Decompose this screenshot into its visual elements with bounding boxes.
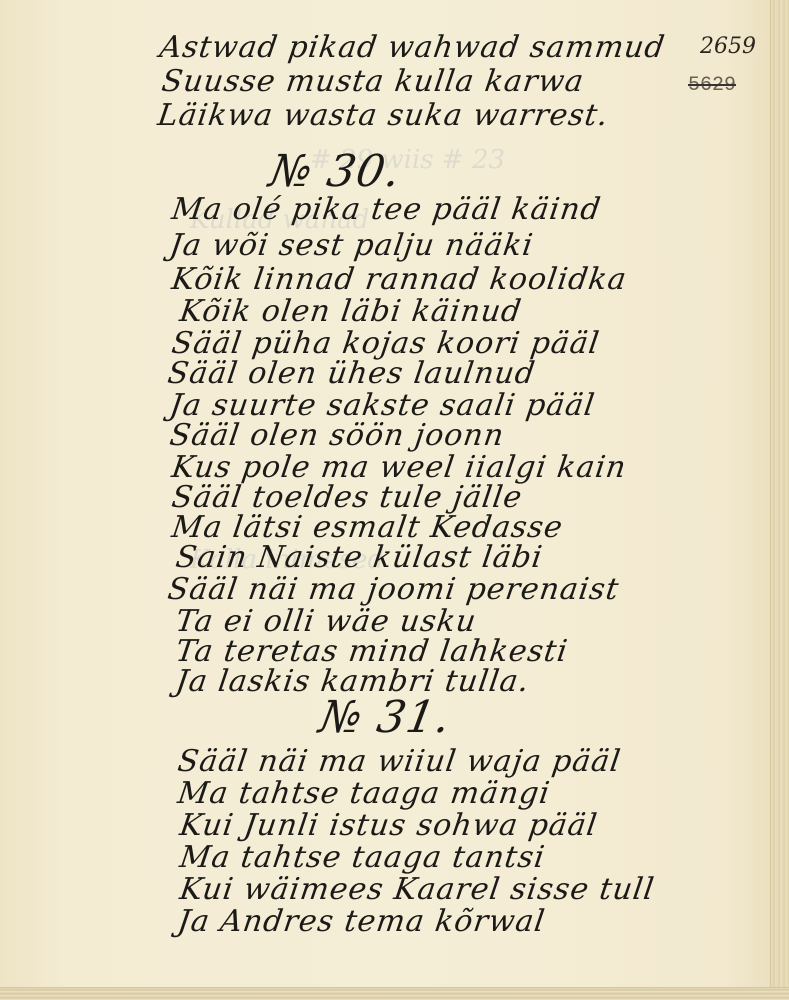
- poem-line: Kõik linnad rannad koolidka: [170, 262, 630, 297]
- poem-line: Kui wäimees Kaarel sisse tull: [178, 872, 657, 907]
- page-edge-right: [770, 0, 789, 1000]
- manuscript-page: # 29 wiis # 23 Kullad wanad Kalla inimes…: [0, 0, 789, 1000]
- poem-line: Ja Andres tema kõrwal: [176, 904, 548, 939]
- poem-line: Kui Junli istus sohwa pääl: [178, 808, 600, 843]
- poem-line: Sääl olen söön joonn: [168, 418, 507, 453]
- poem-line: Ma tahtse taaga mängi: [176, 776, 553, 811]
- poem-line: Ma tahtse taaga tantsi: [178, 840, 548, 875]
- intro-line: Suusse musta kulla karwa: [160, 64, 587, 99]
- page-edge-bottom: [0, 987, 789, 1000]
- poem-line: Kõik olen läbi käinud: [178, 294, 524, 329]
- old-catalog-number-struck: 5629: [688, 74, 736, 97]
- poem-line: Sain Naiste külast läbi: [174, 540, 546, 575]
- poem-line: Sääl näi ma wiiul waja pääl: [176, 744, 624, 779]
- poem-line: Sääl olen ühes laulnud: [166, 356, 538, 391]
- section-heading-31: № 31.: [316, 692, 456, 743]
- poem-line: Sääl näi ma joomi perenaist: [166, 572, 622, 607]
- intro-line: Läikwa wasta suka warrest.: [156, 98, 611, 133]
- poem-line: Ma olé pika tee pääl käind: [170, 192, 604, 227]
- section-heading-30: № 30.: [266, 146, 406, 197]
- poem-line: Ja wõi sest palju nääki: [168, 228, 536, 263]
- catalog-number: 2659: [700, 34, 756, 59]
- intro-line: Astwad pikad wahwad sammud: [158, 30, 668, 65]
